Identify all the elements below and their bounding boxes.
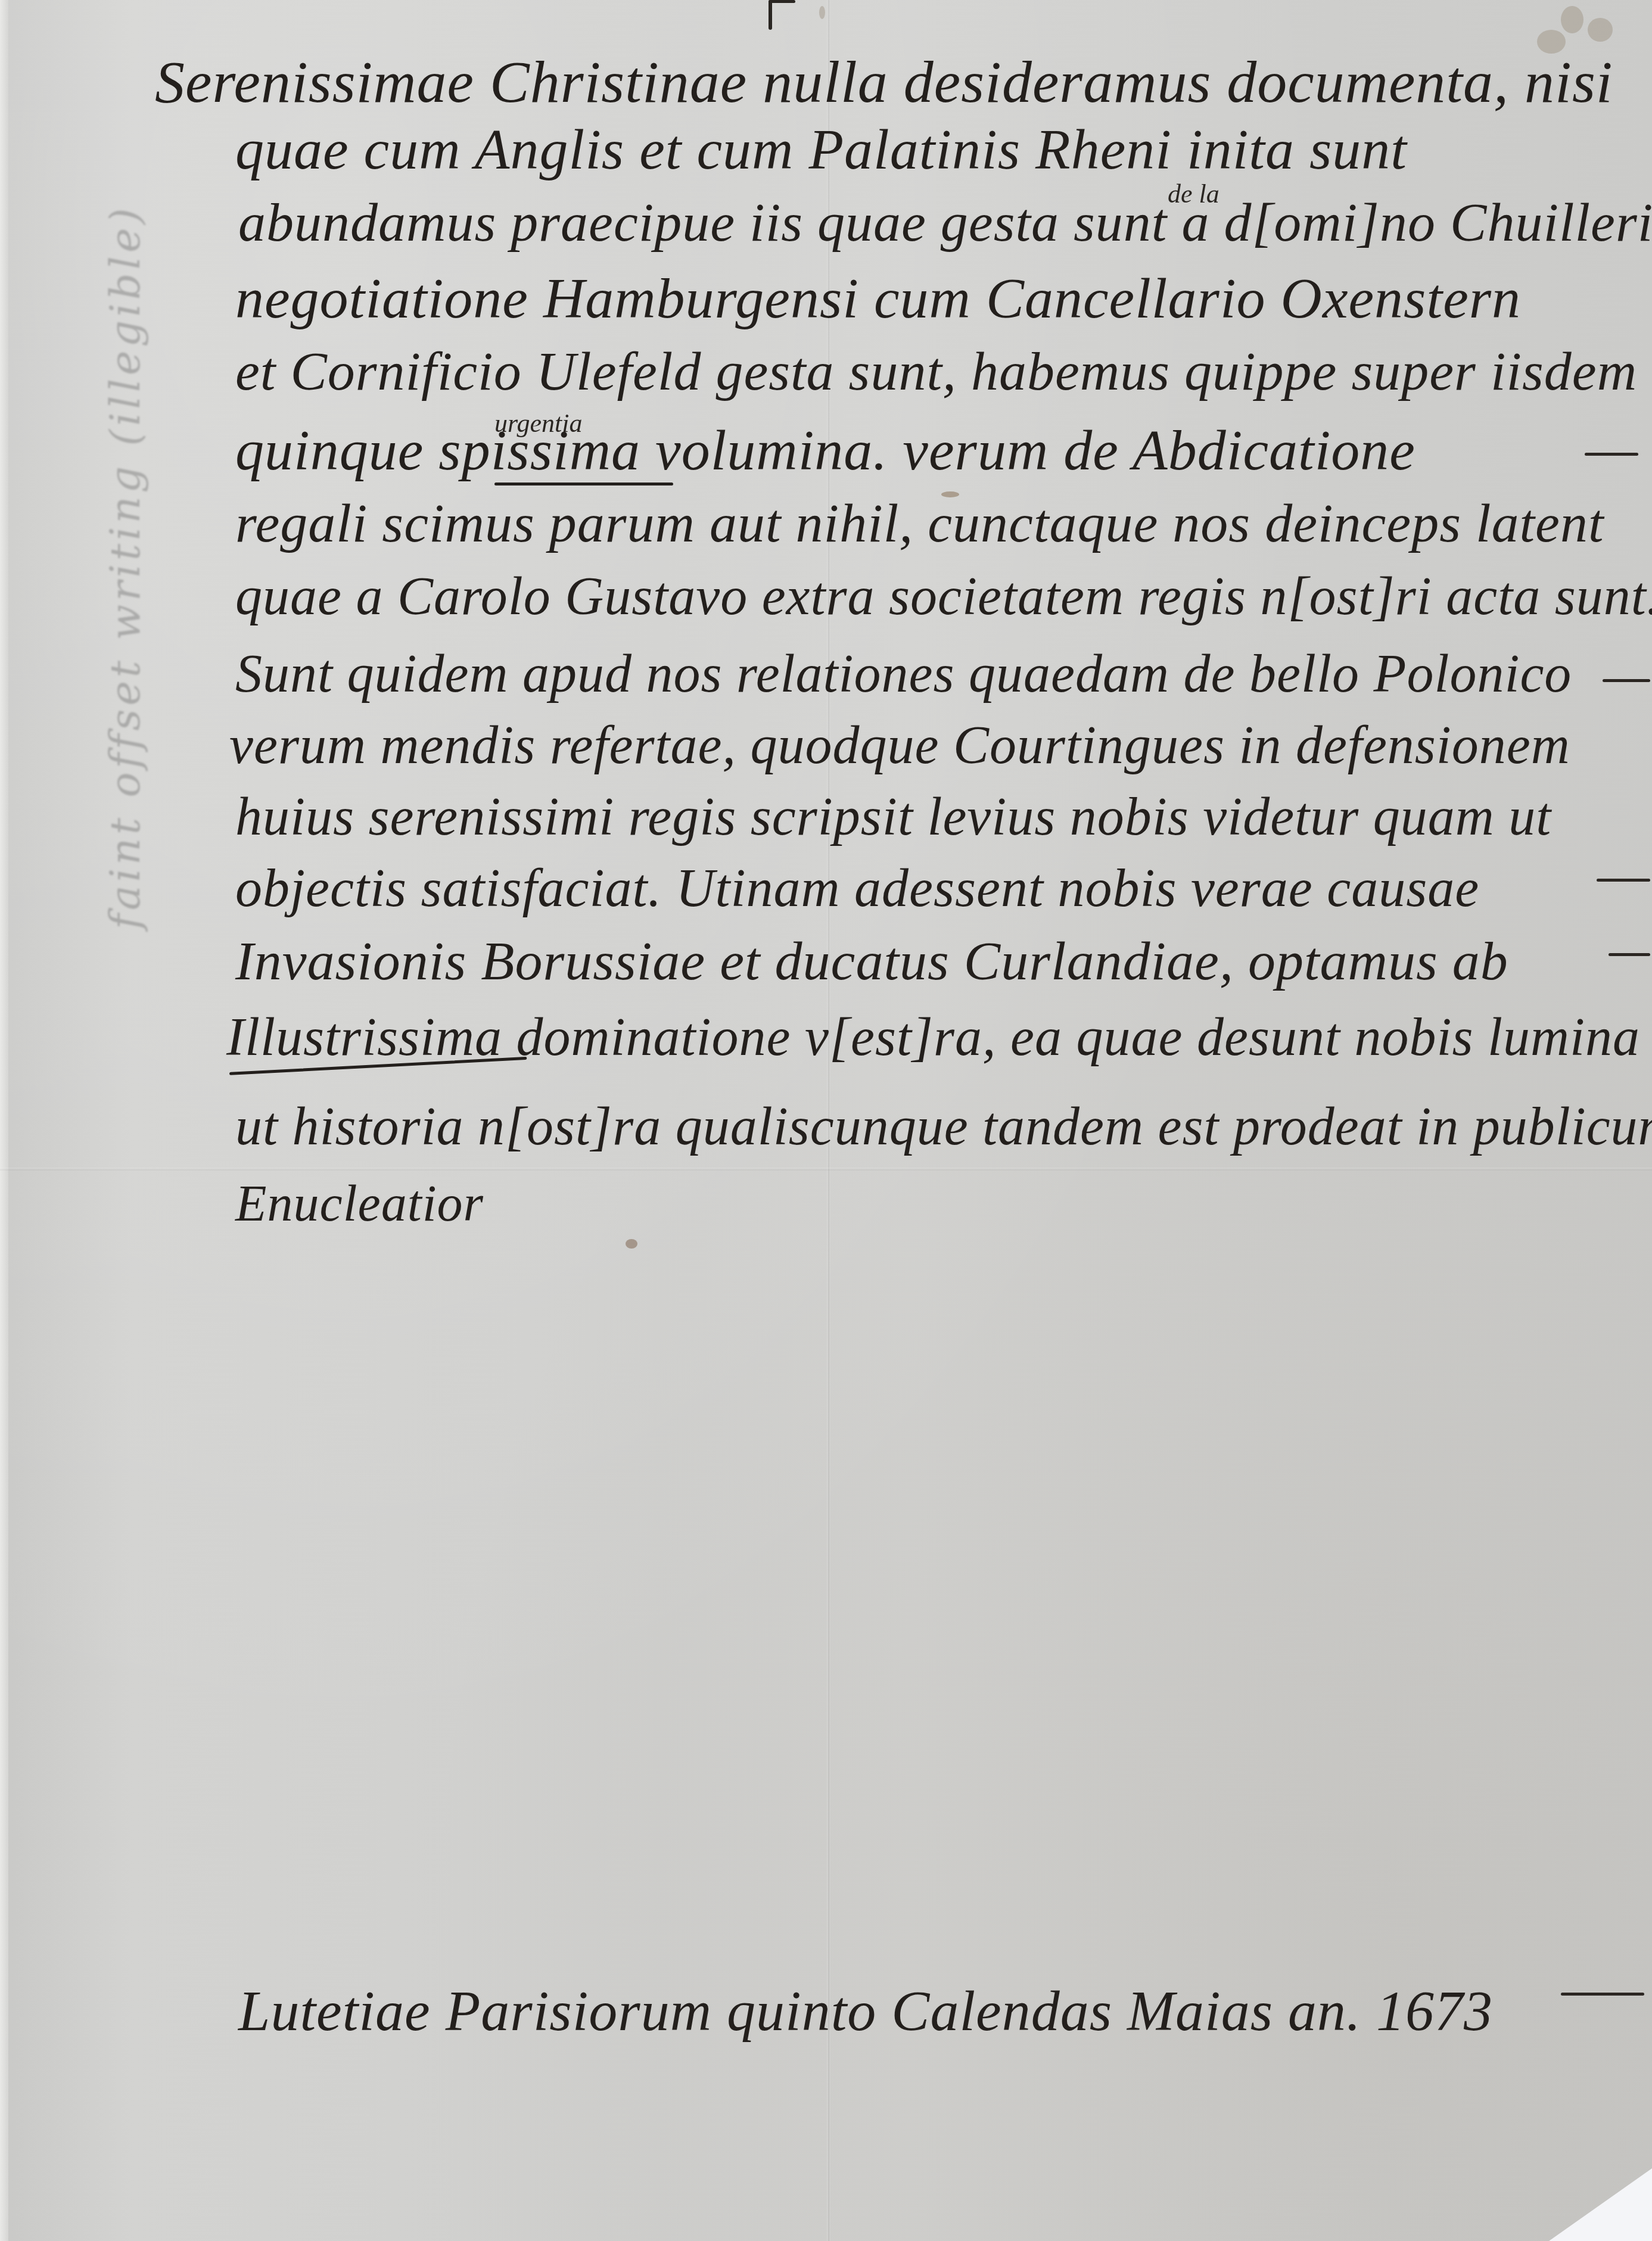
line-end-dash (1585, 453, 1638, 456)
text-line: negotiatione Hamburgensi cum Cancellario… (235, 265, 1521, 331)
closing-dateline: Lutetiae Parisiorum quinto Calendas Maia… (238, 1978, 1493, 2044)
text-line: regali scimus parum aut nihil, cunctaque… (235, 491, 1604, 555)
line-end-dash (1603, 679, 1650, 682)
line-end-dash (1597, 879, 1650, 882)
text-line: verum mendis refertae, quodque Courtingu… (229, 715, 1570, 776)
text-line: quae a Carolo Gustavo extra societatem r… (235, 566, 1652, 627)
text-line: objectis satisfaciat. Utinam adessent no… (235, 858, 1479, 919)
text-line: ut historia n[ost]ra qualiscunque tandem… (235, 1096, 1652, 1157)
text-line: et Cornificio Ulefeld gesta sunt, habemu… (235, 340, 1637, 403)
text-line: Invasionis Borussiae et ducatus Curlandi… (235, 929, 1508, 992)
text-line: Serenissimae Christinae nulla desideramu… (155, 48, 1613, 116)
text-line: huius serenissimi regis scripsit levius … (235, 786, 1551, 848)
text-line: abundamus praecipue iis quae gesta sunt … (238, 191, 1652, 254)
text-line: Sunt quidem apud nos relationes quaedam … (235, 643, 1572, 705)
letter-body: Serenissimae Christinae nulla desideramu… (0, 0, 1652, 2241)
line-end-dash (1609, 953, 1650, 956)
underline (494, 483, 673, 485)
text-line: quinque spissima volumina. verum de Abdi… (235, 417, 1415, 483)
text-line: Enucleatior (235, 1174, 484, 1233)
text-line: Illustrissima dominatione v[est]ra, ea q… (226, 1007, 1640, 1068)
line-end-dash (1561, 1993, 1644, 1996)
text-line: quae cum Anglis et cum Palatinis Rheni i… (235, 116, 1407, 182)
